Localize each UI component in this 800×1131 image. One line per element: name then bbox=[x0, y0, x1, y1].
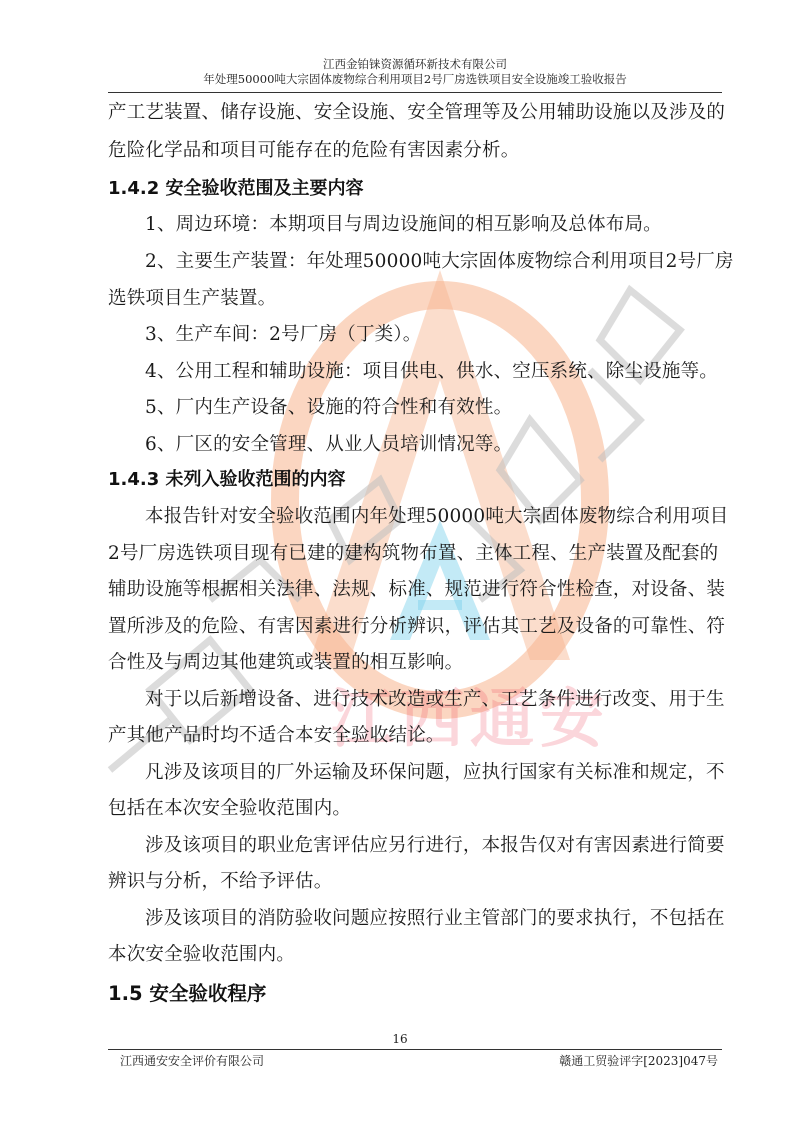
list-item: 6、厂区的安全管理、从业人员培训情况等。 bbox=[145, 430, 512, 456]
paragraph-line: 对于以后新增设备、进行技术改造或生产、工艺条件进行改变、用于生 bbox=[145, 685, 725, 711]
page-number: 16 bbox=[0, 1032, 800, 1046]
footer-divider bbox=[108, 1049, 722, 1050]
paragraph-line: 包括在本次安全验收范围内。 bbox=[108, 794, 351, 820]
list-item-continued: 选铁项目生产装置。 bbox=[108, 284, 276, 310]
paragraph-line: 凡涉及该项目的厂外运输及环保问题，应执行国家有关标准和规定，不 bbox=[145, 758, 725, 784]
header-divider bbox=[108, 92, 722, 93]
paragraph-line: 本次安全验收范围内。 bbox=[108, 940, 295, 966]
body-line: 危险化学品和项目可能存在的危险有害因素分析。 bbox=[108, 136, 519, 162]
paragraph-line: 涉及该项目的消防验收问题应按照行业主管部门的要求执行，不包括在 bbox=[145, 904, 725, 930]
paragraph-line: 合性及与周边其他建筑或装置的相互影响。 bbox=[108, 648, 463, 674]
paragraph-line: 2号厂房选铁项目现有已建的建构筑物布置、主体工程、生产装置及配套的 bbox=[108, 539, 718, 565]
paragraph-line: 辨识与分析，不给予评估。 bbox=[108, 867, 332, 893]
body-line: 产工艺装置、储存设施、安全设施、安全管理等及公用辅助设施以及涉及的 bbox=[108, 98, 725, 124]
paragraph-line: 辅助设施等根据相关法律、法规、标准、规范进行符合性检查，对设备、装 bbox=[108, 575, 725, 601]
paragraph-line: 置所涉及的危险、有害因素进行分析辨识，评估其工艺及设备的可靠性、符 bbox=[108, 612, 725, 638]
document-page: 江西通安 江西金铂铼资源循环新技术有限公司 年处理50000吨大宗固体废物综合利… bbox=[0, 0, 800, 1131]
list-item: 5、厂内生产设备、设施的符合性和有效性。 bbox=[145, 393, 512, 419]
list-item: 2、主要生产装置：年处理50000吨大宗固体废物综合利用项目2号厂房 bbox=[145, 247, 734, 273]
paragraph-line: 本报告针对安全验收范围内年处理50000吨大宗固体废物综合利用项目 bbox=[145, 502, 728, 528]
section-heading-1-5: 1.5 安全验收程序 bbox=[108, 978, 266, 1006]
paragraph-line: 涉及该项目的职业危害评估应另行进行，本报告仅对有害因素进行简要 bbox=[145, 831, 725, 857]
list-item: 1、周边环境：本期项目与周边设施间的相互影响及总体布局。 bbox=[145, 210, 662, 236]
section-heading-1-4-3: 1.4.3 未列入验收范围的内容 bbox=[108, 465, 346, 491]
paragraph-line: 产其他产品时均不适合本安全验收结论。 bbox=[108, 721, 445, 747]
list-item: 3、生产车间：2号厂房（丁类）。 bbox=[145, 320, 422, 346]
footer-company: 江西通安安全评价有限公司 bbox=[120, 1052, 264, 1069]
footer-report-number: 赣通工贸验评字[2023]047号 bbox=[559, 1052, 718, 1069]
header-report-title: 年处理50000吨大宗固体废物综合利用项目2号厂房选铁项目安全设施竣工验收报告 bbox=[108, 72, 722, 87]
header-company: 江西金铂铼资源循环新技术有限公司 bbox=[108, 57, 722, 72]
list-item: 4、公用工程和辅助设施：项目供电、供水、空压系统、除尘设施等。 bbox=[145, 357, 718, 383]
page-header: 江西金铂铼资源循环新技术有限公司 年处理50000吨大宗固体废物综合利用项目2号… bbox=[108, 57, 722, 87]
section-heading-1-4-2: 1.4.2 安全验收范围及主要内容 bbox=[108, 174, 364, 200]
